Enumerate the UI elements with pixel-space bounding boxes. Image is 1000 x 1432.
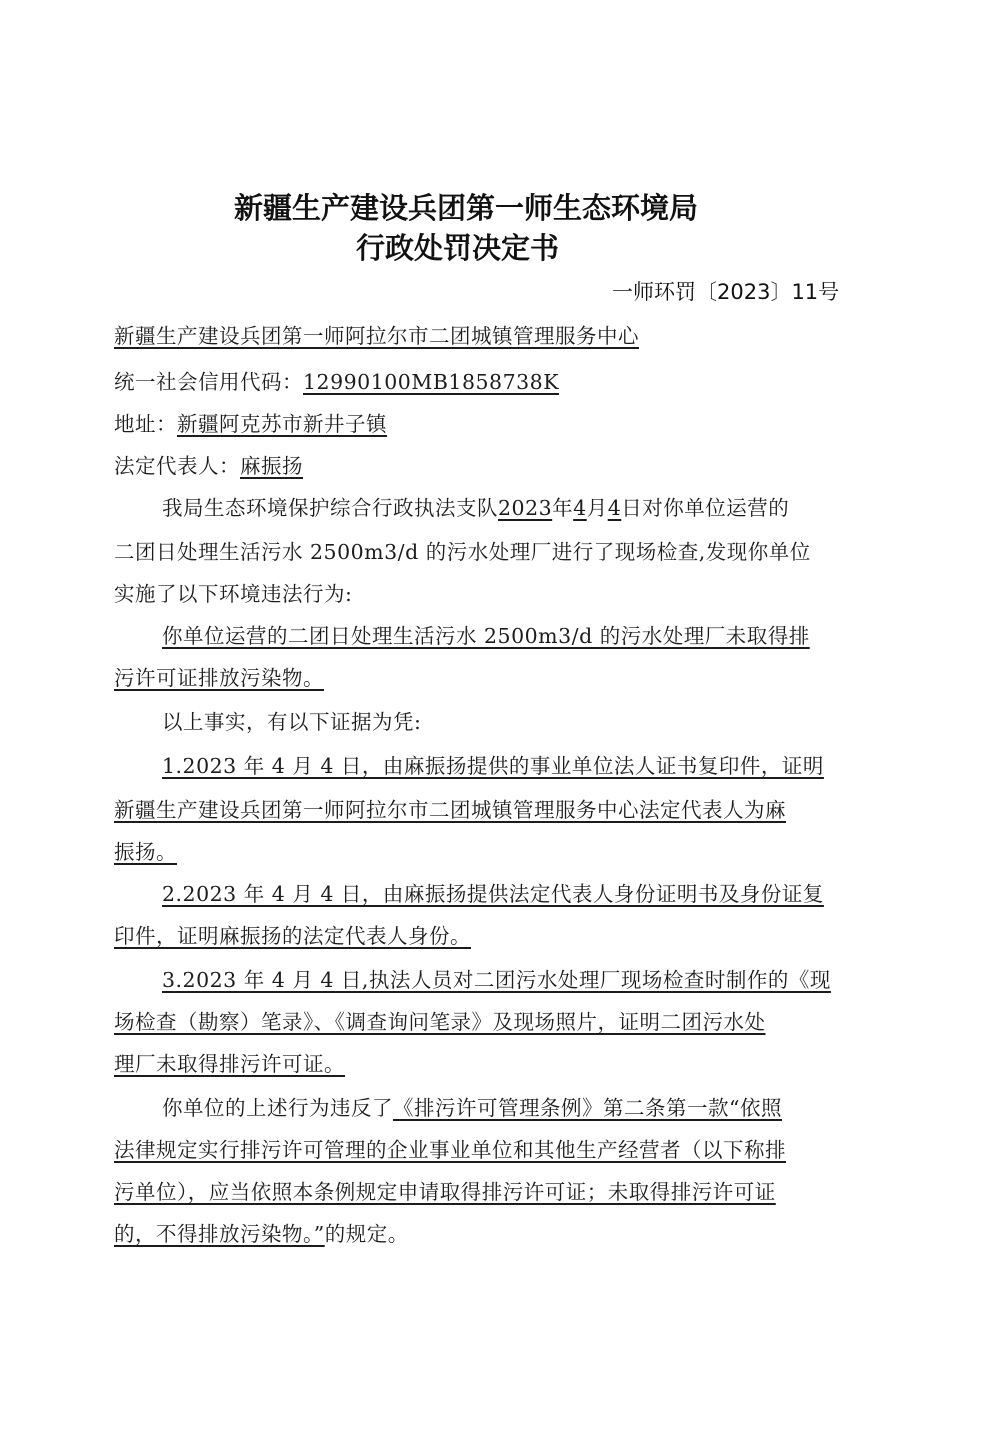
credit-code-label: 统一社会信用代码： (114, 370, 303, 394)
paragraph-inspection-line3: 实施了以下环境违法行为: (114, 580, 878, 608)
evidence-1-line2: 新疆生产建设兵团第一师阿拉尔市二团城镇管理服务中心法定代表人为麻 (114, 796, 878, 824)
party-name-line: 新疆生产建设兵团第一师阿拉尔市二团城镇管理服务中心 (114, 322, 878, 350)
legal-rep-label: 法定代表人： (114, 454, 240, 478)
text: 我局生态环境保护综合行政执法支队 (162, 496, 498, 520)
paragraph-inspection-line2: 二团日处理生活污水 2500m3/d 的污水处理厂进行了现场检查,发现你单位 (114, 538, 878, 566)
evidence-3-line2: 场检查（勘察）笔录》、《调查询问笔录》及现场照片，证明二团污水处 (114, 1008, 878, 1036)
law-line2: 法律规定实行排污许可管理的企业事业单位和其他生产经营者（以下称排 (114, 1136, 878, 1164)
address-value: 新疆阿克苏市新井子镇 (177, 412, 387, 436)
violation-line1: 你单位运营的二团日处理生活污水 2500m3/d 的污水处理厂未取得排 (114, 622, 878, 650)
law-line3: 污单位），应当依照本条例规定申请取得排污许可证；未取得排污许可证 (114, 1178, 878, 1206)
text: 你单位的上述行为违反了 (162, 1096, 393, 1120)
text: 的规定。 (325, 1222, 409, 1246)
evidence-3-line3: 理厂未取得排污许可证。 (114, 1050, 878, 1078)
law-citation: 污单位），应当依照本条例规定申请取得排污许可证；未取得排污许可证 (114, 1180, 776, 1204)
evidence-text: 理厂未取得排污许可证。 (114, 1052, 345, 1076)
credit-code-line: 统一社会信用代码：12990100MB1858738K (114, 368, 878, 396)
evidence-1-line1: 1.2023 年 4 月 4 日，由麻振扬提供的事业单位法人证书复印件，证明 (114, 752, 878, 780)
legal-rep-line: 法定代表人：麻振扬 (114, 452, 878, 480)
address-line: 地址：新疆阿克苏市新井子镇 (114, 410, 878, 438)
evidence-3-line1: 3.2023 年 4 月 4 日,执法人员对二团污水处理厂现场检查时制作的《现 (114, 966, 878, 994)
evidence-intro: 以上事实，有以下证据为凭: (114, 708, 878, 736)
inspection-day: 4 (608, 496, 622, 520)
inspection-month: 4 (573, 496, 587, 520)
text: 月 (587, 496, 608, 520)
evidence-2-line2: 印件，证明麻振扬的法定代表人身份。 (114, 922, 878, 950)
party-name: 新疆生产建设兵团第一师阿拉尔市二团城镇管理服务中心 (114, 324, 639, 348)
evidence-text: 1.2023 年 4 月 4 日，由麻振扬提供的事业单位法人证书复印件，证明 (162, 754, 824, 778)
violation-line2: 污许可证排放污染物。 (114, 664, 878, 692)
document-number: 一师环罚〔2023〕11号 (612, 276, 839, 306)
violation-text: 你单位运营的二团日处理生活污水 2500m3/d 的污水处理厂未取得排 (162, 624, 810, 648)
text: 年 (552, 496, 573, 520)
document-title-type: 行政处罚决定书 (356, 226, 559, 267)
credit-code-value: 12990100MB1858738K (303, 370, 559, 394)
law-citation: 法律规定实行排污许可管理的企业事业单位和其他生产经营者（以下称排 (114, 1138, 786, 1162)
text: 日对你单位运营的 (621, 496, 789, 520)
law-line4: 的，不得排放污染物。”的规定。 (114, 1220, 878, 1248)
law-citation: 的，不得排放污染物。” (114, 1222, 325, 1246)
document-title-agency: 新疆生产建设兵团第一师生态环境局 (234, 186, 698, 227)
paragraph-inspection-line1: 我局生态环境保护综合行政执法支队2023年4月4日对你单位运营的 (114, 494, 878, 522)
law-line1: 你单位的上述行为违反了《排污许可管理条例》第二条第一款“依照 (114, 1094, 878, 1122)
evidence-text: 3.2023 年 4 月 4 日,执法人员对二团污水处理厂现场检查时制作的《现 (162, 968, 831, 992)
evidence-text: 新疆生产建设兵团第一师阿拉尔市二团城镇管理服务中心法定代表人为麻 (114, 798, 786, 822)
law-citation: 《排污许可管理条例》第二条第一款“依照 (393, 1096, 782, 1120)
address-label: 地址： (114, 412, 177, 436)
evidence-text: 振扬。 (114, 840, 177, 864)
evidence-text: 印件，证明麻振扬的法定代表人身份。 (114, 924, 471, 948)
evidence-text: 2.2023 年 4 月 4 日，由麻振扬提供法定代表人身份证明书及身份证复 (162, 882, 824, 906)
legal-rep-value: 麻振扬 (240, 454, 303, 478)
evidence-2-line1: 2.2023 年 4 月 4 日，由麻振扬提供法定代表人身份证明书及身份证复 (114, 880, 878, 908)
inspection-year: 2023 (498, 496, 552, 520)
evidence-1-line3: 振扬。 (114, 838, 878, 866)
evidence-text: 场检查（勘察）笔录》、《调查询问笔录》及现场照片，证明二团污水处 (114, 1010, 766, 1034)
violation-text: 污许可证排放污染物。 (114, 666, 324, 690)
